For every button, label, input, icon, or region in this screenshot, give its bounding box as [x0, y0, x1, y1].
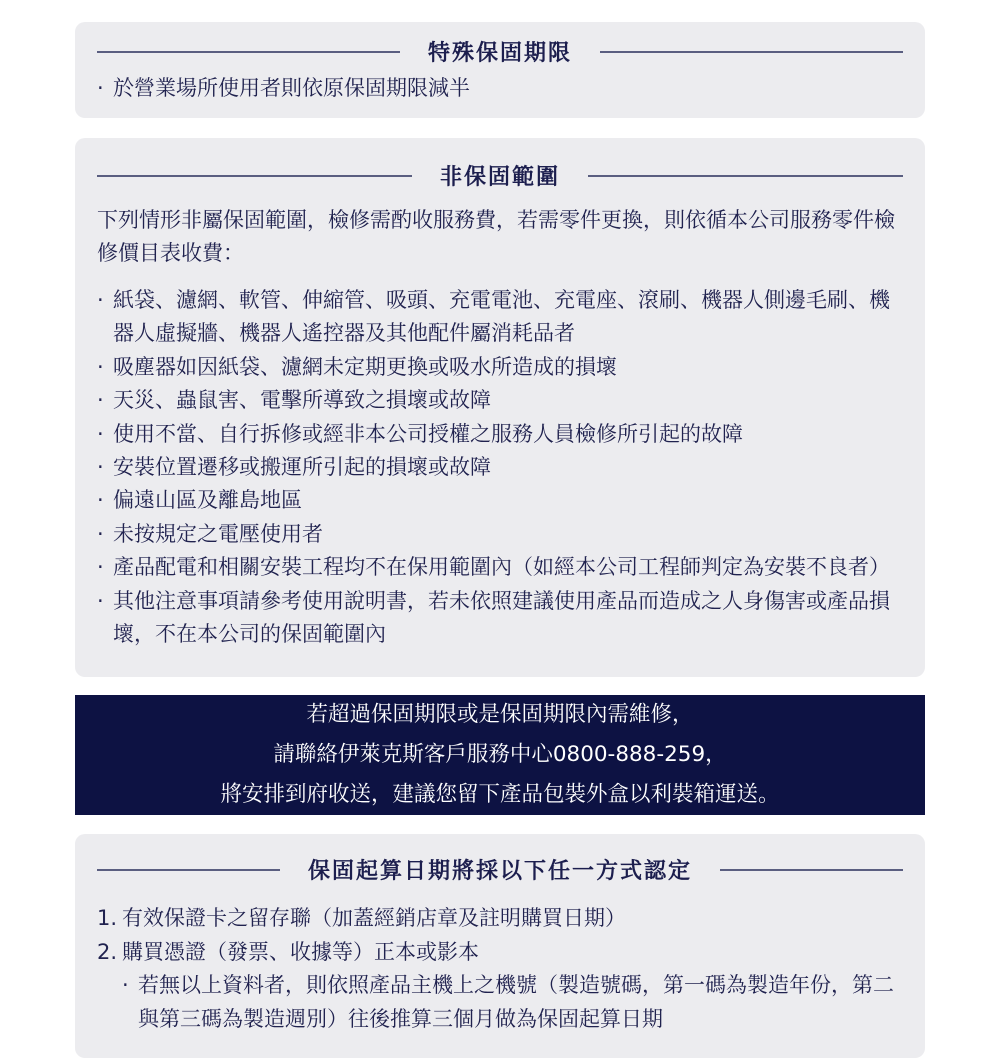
header-line-left — [97, 51, 400, 53]
warranty-start-date-list: 1. 有效保證卡之留存聯（加蓋經銷店章及註明購買日期） 2. 購買憑證（發票、收… — [97, 902, 903, 1036]
warranty-start-date-title: 保固起算日期將採以下任一方式認定 — [308, 854, 692, 885]
sub-bullet-item: · 若無以上資料者，則依照產品主機上之機號（製造號碼，第一碼為製造年份，第二與第… — [122, 969, 903, 1036]
bullet-item: · 天災、蟲鼠害、電擊所導致之損壞或故障 — [97, 384, 903, 417]
special-warranty-panel: 特殊保固期限 · 於營業場所使用者則依原保固期限減半 — [75, 22, 925, 118]
bullet-item: · 安裝位置遷移或搬運所引起的損壞或故障 — [97, 451, 903, 484]
non-warranty-title: 非保固範圍 — [440, 160, 560, 191]
bullet-item: · 偏遠山區及離島地區 — [97, 484, 903, 517]
bullet-item: · 產品配電和相關安裝工程均不在保用範圍內（如經本公司工程師判定為安裝不良者） — [97, 551, 903, 584]
non-warranty-list: · 紙袋、濾網、軟管、伸縮管、吸頭、充電電池、充電座、滾刷、機器人側邊毛刷、機器… — [97, 284, 903, 651]
header-line-right — [720, 869, 903, 871]
notice-line: 將安排到府收送，建議您留下產品包裝外盒以利裝箱運送。 — [220, 775, 779, 815]
notice-line: 若超過保固期限或是保固期限內需維修， — [306, 695, 693, 735]
bullet-text: 未按規定之電壓使用者 — [113, 518, 903, 551]
bullet-dot: · — [122, 969, 138, 1036]
header-line-left — [97, 175, 412, 177]
bullet-text: 吸塵器如因紙袋、濾網未定期更換或吸水所造成的損壞 — [113, 351, 903, 384]
sub-bullet-text: 若無以上資料者，則依照產品主機上之機號（製造號碼，第一碼為製造年份，第二與第三碼… — [138, 969, 903, 1036]
header-line-right — [600, 51, 903, 53]
item-number: 1. — [97, 902, 122, 935]
special-warranty-title: 特殊保固期限 — [428, 36, 572, 67]
service-contact-notice: 若超過保固期限或是保固期限內需維修， 請聯絡伊萊克斯客戶服務中心0800-888… — [75, 695, 925, 815]
bullet-dot: · — [97, 418, 113, 451]
bullet-item: · 於營業場所使用者則依原保固期限減半 — [97, 73, 903, 104]
warranty-document-page: 特殊保固期限 · 於營業場所使用者則依原保固期限減半 非保固範圍 下列情形非屬保… — [0, 0, 1000, 1061]
bullet-item: · 紙袋、濾網、軟管、伸縮管、吸頭、充電電池、充電座、滾刷、機器人側邊毛刷、機器… — [97, 284, 903, 351]
warranty-start-date-panel: 保固起算日期將採以下任一方式認定 1. 有效保證卡之留存聯（加蓋經銷店章及註明購… — [75, 834, 925, 1058]
bullet-dot: · — [97, 518, 113, 551]
non-warranty-panel: 非保固範圍 下列情形非屬保固範圍，檢修需酌收服務費，若需零件更換，則依循本公司服… — [75, 138, 925, 677]
bullet-text: 產品配電和相關安裝工程均不在保用範圍內（如經本公司工程師判定為安裝不良者） — [113, 551, 903, 584]
bullet-text: 紙袋、濾網、軟管、伸縮管、吸頭、充電電池、充電座、滾刷、機器人側邊毛刷、機器人虛… — [113, 284, 903, 351]
header-line-left — [97, 869, 280, 871]
bullet-dot: · — [97, 551, 113, 584]
special-warranty-header: 特殊保固期限 — [97, 36, 903, 67]
notice-line-phone: 請聯絡伊萊克斯客戶服務中心0800-888-259， — [273, 735, 726, 775]
bullet-item: · 其他注意事項請參考使用說明書，若未依照建議使用產品而造成之人身傷害或產品損壞… — [97, 585, 903, 652]
bullet-dot: · — [97, 73, 113, 104]
bullet-dot: · — [97, 284, 113, 351]
bullet-text: 天災、蟲鼠害、電擊所導致之損壞或故障 — [113, 384, 903, 417]
bullet-text: 其他注意事項請參考使用說明書，若未依照建議使用產品而造成之人身傷害或產品損壞，不… — [113, 585, 903, 652]
header-line-right — [588, 175, 903, 177]
bullet-text: 安裝位置遷移或搬運所引起的損壞或故障 — [113, 451, 903, 484]
bullet-item: · 吸塵器如因紙袋、濾網未定期更換或吸水所造成的損壞 — [97, 351, 903, 384]
bullet-dot: · — [97, 585, 113, 652]
item-number: 2. — [97, 936, 122, 1036]
non-warranty-intro: 下列情形非屬保固範圍，檢修需酌收服務費，若需零件更換，則依循本公司服務零件檢修價… — [97, 204, 903, 270]
bullet-item: · 未按規定之電壓使用者 — [97, 518, 903, 551]
warranty-start-date-header: 保固起算日期將採以下任一方式認定 — [97, 854, 903, 885]
item-text: 有效保證卡之留存聯（加蓋經銷店章及註明購買日期） — [122, 902, 903, 935]
item-text-main: 購買憑證（發票、收據等）正本或影本 — [122, 940, 479, 964]
bullet-dot: · — [97, 451, 113, 484]
numbered-item: 2. 購買憑證（發票、收據等）正本或影本 · 若無以上資料者，則依照產品主機上之… — [97, 936, 903, 1036]
bullet-dot: · — [97, 384, 113, 417]
bullet-text: 偏遠山區及離島地區 — [113, 484, 903, 517]
bullet-text: 使用不當、自行拆修或經非本公司授權之服務人員檢修所引起的故障 — [113, 418, 903, 451]
bullet-dot: · — [97, 484, 113, 517]
bullet-dot: · — [97, 351, 113, 384]
bullet-text: 於營業場所使用者則依原保固期限減半 — [113, 73, 903, 104]
numbered-item: 1. 有效保證卡之留存聯（加蓋經銷店章及註明購買日期） — [97, 902, 903, 935]
non-warranty-header: 非保固範圍 — [97, 160, 903, 191]
item-text: 購買憑證（發票、收據等）正本或影本 · 若無以上資料者，則依照產品主機上之機號（… — [122, 936, 903, 1036]
bullet-item: · 使用不當、自行拆修或經非本公司授權之服務人員檢修所引起的故障 — [97, 418, 903, 451]
